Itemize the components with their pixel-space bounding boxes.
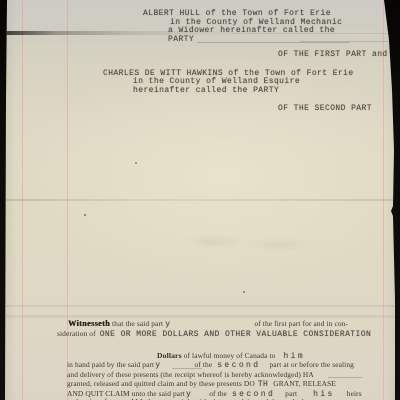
text-segment-typed: ONE OR MORE DOLLARS AND OTHER VALUABLE C… <box>100 330 371 339</box>
in-hand-paid-line: in hand paid by the said partyof theseco… <box>67 360 354 370</box>
text-segment-print: GRANT, RELEASE <box>273 379 336 388</box>
second-party-desc-line: hereinafter called the PARTY <box>133 86 279 95</box>
text-segment-print: of the <box>194 360 212 369</box>
second-part-designation: OF THE SECOND PART <box>278 104 372 113</box>
text-segment-print: sideration of <box>57 329 98 338</box>
text-segment-typed: PARTY <box>168 35 194 44</box>
text-segment-typed: OF THE FIRST PART and <box>278 50 388 59</box>
text-segment-print: and assigns for ever ALL the estate, rig… <box>67 397 333 400</box>
text-segment-print: granted, released and quitted claim and … <box>67 379 255 388</box>
text-segment-print: of the first part for and in con- <box>254 319 348 328</box>
text-segment-gothic: Witnesseth <box>68 319 110 328</box>
assigns-line: and assigns for ever ALL the estate, rig… <box>67 397 333 400</box>
text-segment-print: in hand paid by the said part <box>67 360 154 369</box>
text-segment-print: that the said part <box>110 319 163 328</box>
text-segment-print: and delivery of these presents (the rece… <box>67 370 314 379</box>
grant-release-line: granted, released and quitted claim and … <box>67 379 336 389</box>
consideration-line: sideration of ONE OR MORE DOLLARS AND OT… <box>57 329 371 339</box>
text-segment-typed: hereinafter called the PARTY <box>133 86 279 95</box>
text-segment-print: of lawful money of Canada to <box>182 351 276 360</box>
dollars-line: Dollars of lawful money of Canada tohim <box>157 351 305 361</box>
witnesseth-line: Witnesseth that the said partyof the fir… <box>68 319 348 329</box>
first-part-designation: OF THE FIRST PART and <box>278 50 388 59</box>
first-party-party-label: PARTY <box>168 35 194 44</box>
text-segment-typed: y <box>165 320 170 329</box>
scanned-document: ALBERT HULL of the Town of Fort Eriein t… <box>0 0 400 400</box>
text-segment-print: heirs <box>347 389 362 398</box>
paper: ALBERT HULL of the Town of Fort Eriein t… <box>0 0 400 400</box>
text-segment-print: part at or before the sealing <box>269 360 354 369</box>
delivery-line: and delivery of these presents (the rece… <box>67 370 314 379</box>
text-layer: ALBERT HULL of the Town of Fort Eriein t… <box>0 0 400 400</box>
text-segment-printb: Dollars <box>157 351 182 360</box>
text-segment-typed: OF THE SECOND PART <box>278 104 372 113</box>
